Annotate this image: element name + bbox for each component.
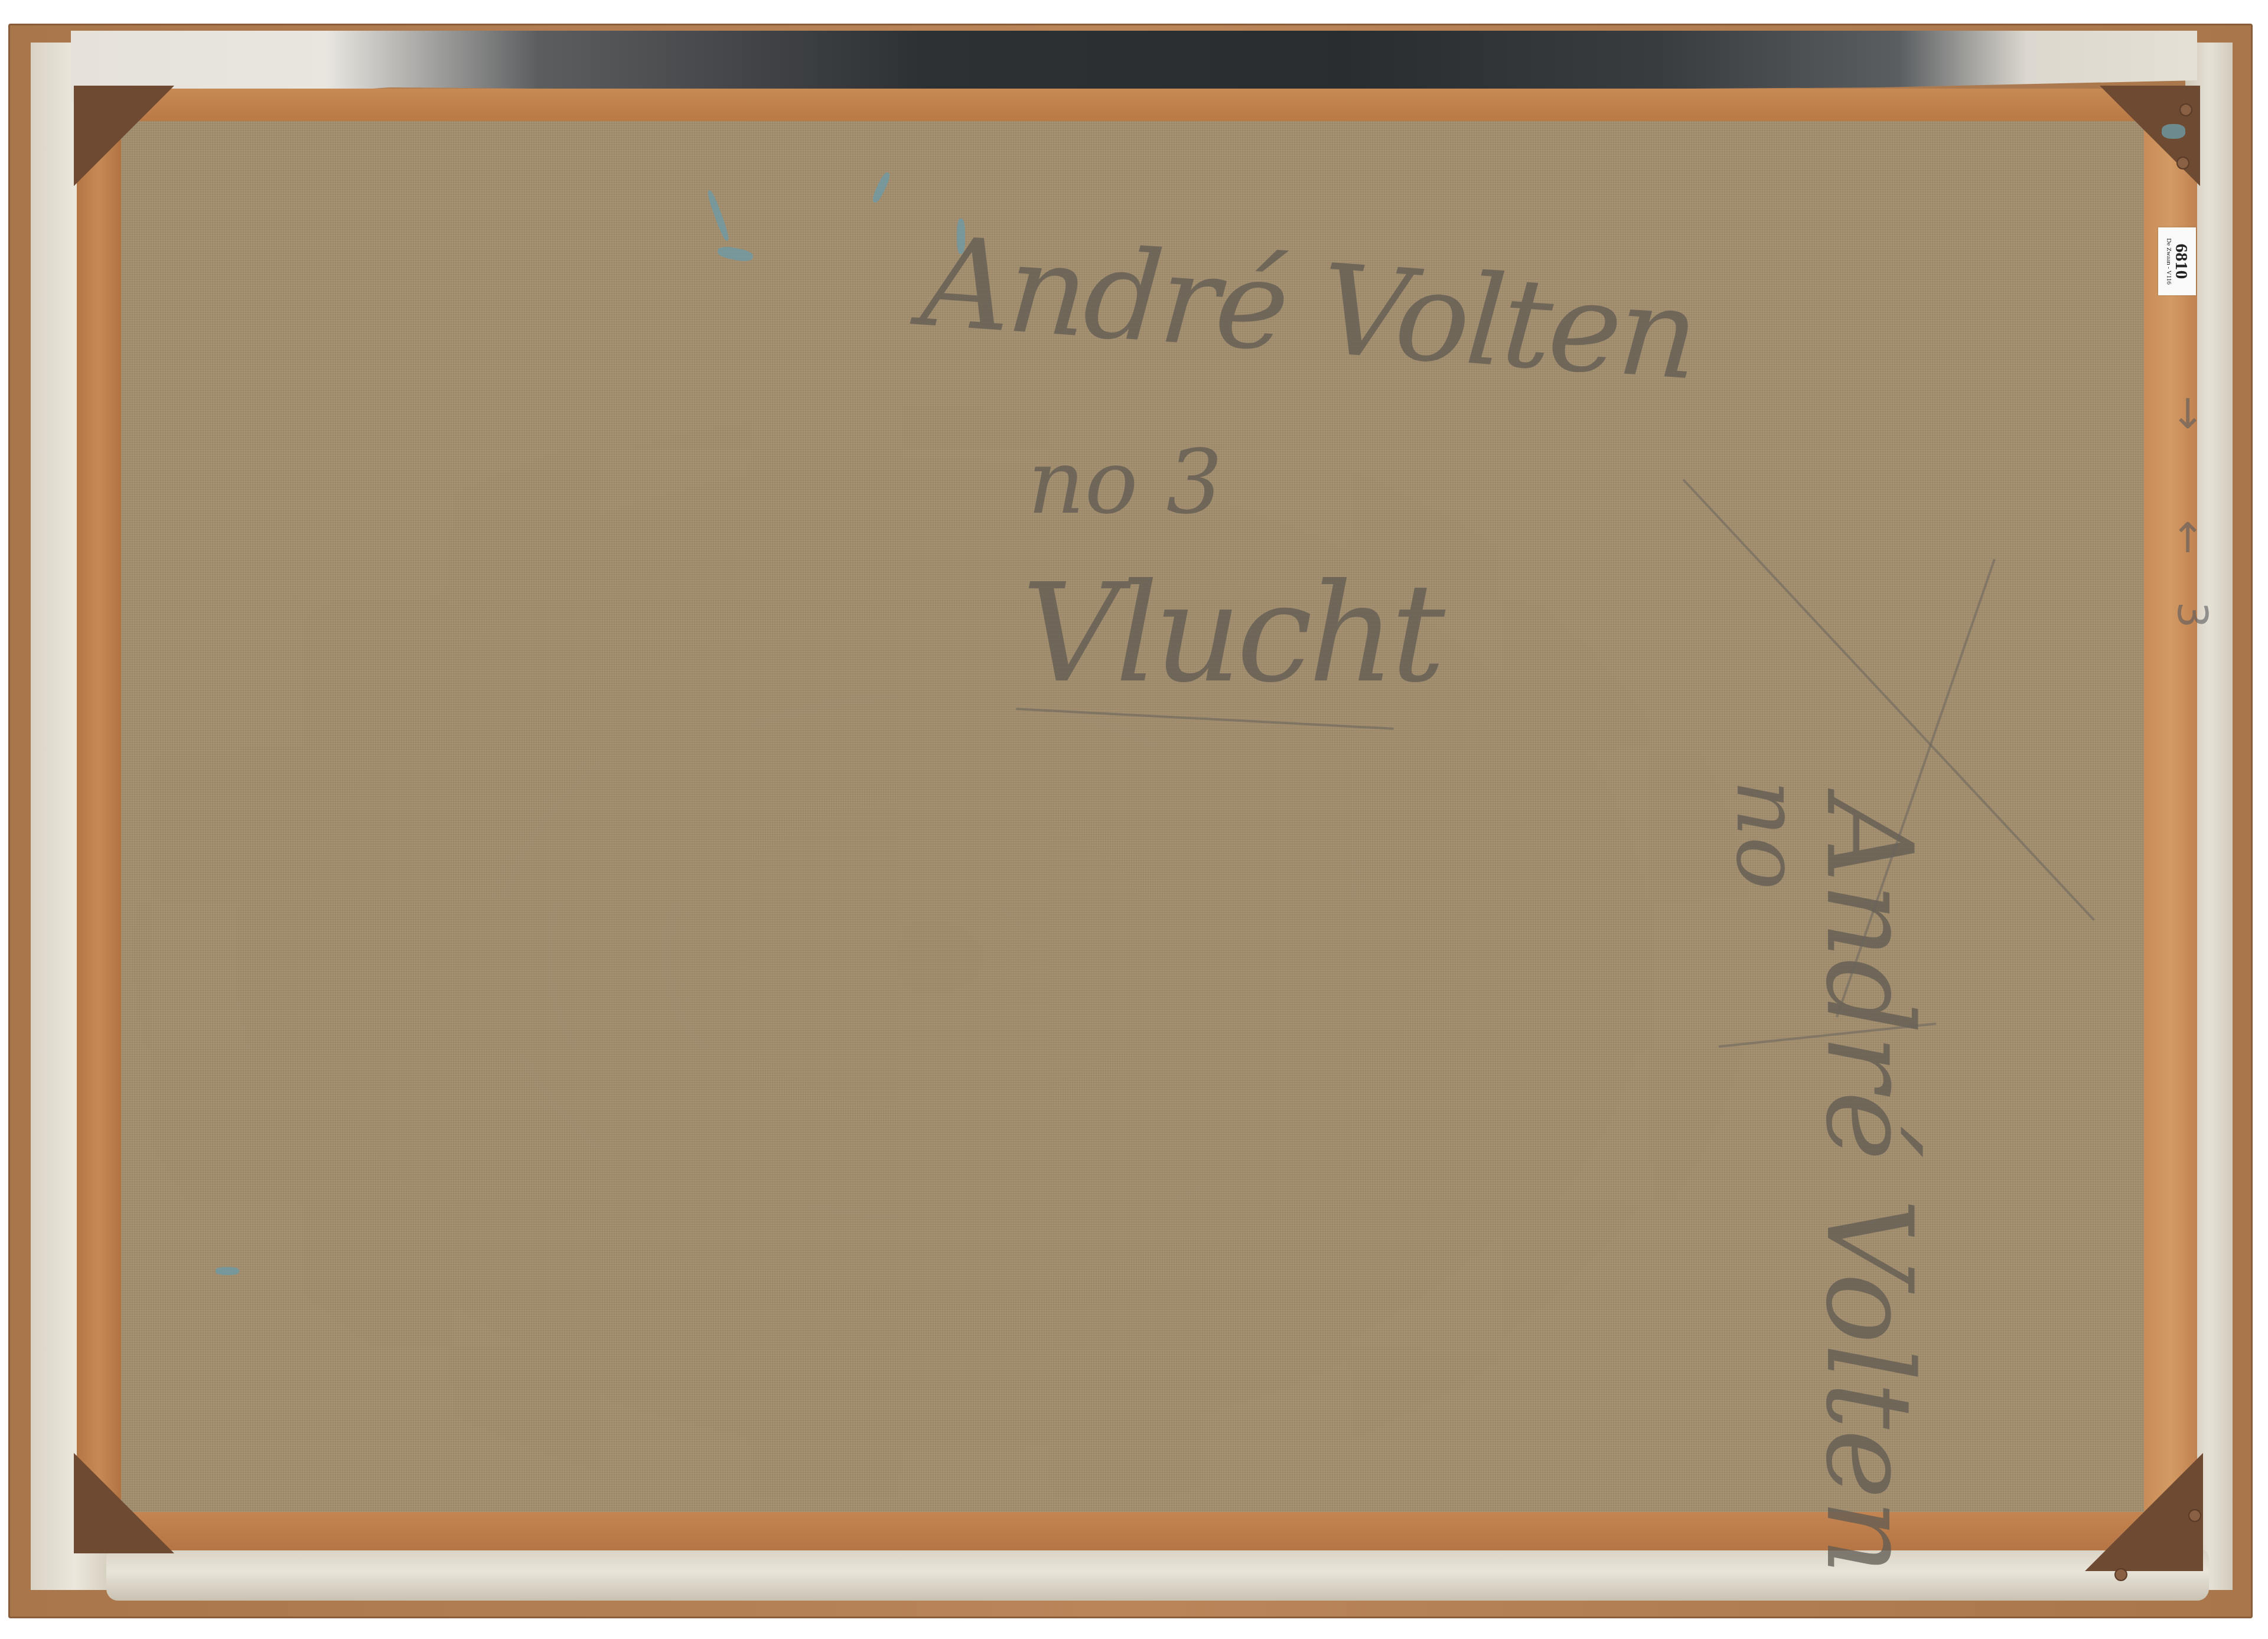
arrow-down-mark-icon: ↓	[2171, 390, 2205, 438]
stretcher-number-mark: 3	[2168, 602, 2217, 628]
inscription-side-number: no	[1716, 780, 1819, 890]
paint-spot	[2162, 124, 2185, 139]
arrow-up-mark-icon: ↑	[2171, 514, 2205, 562]
stretcher-bar-top	[118, 89, 2185, 121]
screw-icon	[2176, 157, 2189, 170]
inventory-label: 6810 De Zwaan - V116	[2158, 227, 2196, 295]
screw-icon	[2188, 1509, 2201, 1522]
stretcher-bar-right	[2144, 89, 2197, 1553]
screw-icon	[2114, 1568, 2127, 1581]
paint-spot	[216, 1267, 239, 1275]
inscription-side-artist-name: André Volten	[1800, 797, 1937, 1575]
stretcher-bar-left	[77, 89, 121, 1553]
screw-icon	[2179, 103, 2192, 116]
inscription-number: no 3	[1028, 431, 1223, 534]
inscription-title: Vlucht	[1022, 555, 1441, 713]
label-subtitle: De Zwaan - V116	[2164, 238, 2172, 285]
label-number: 6810	[2172, 238, 2190, 285]
